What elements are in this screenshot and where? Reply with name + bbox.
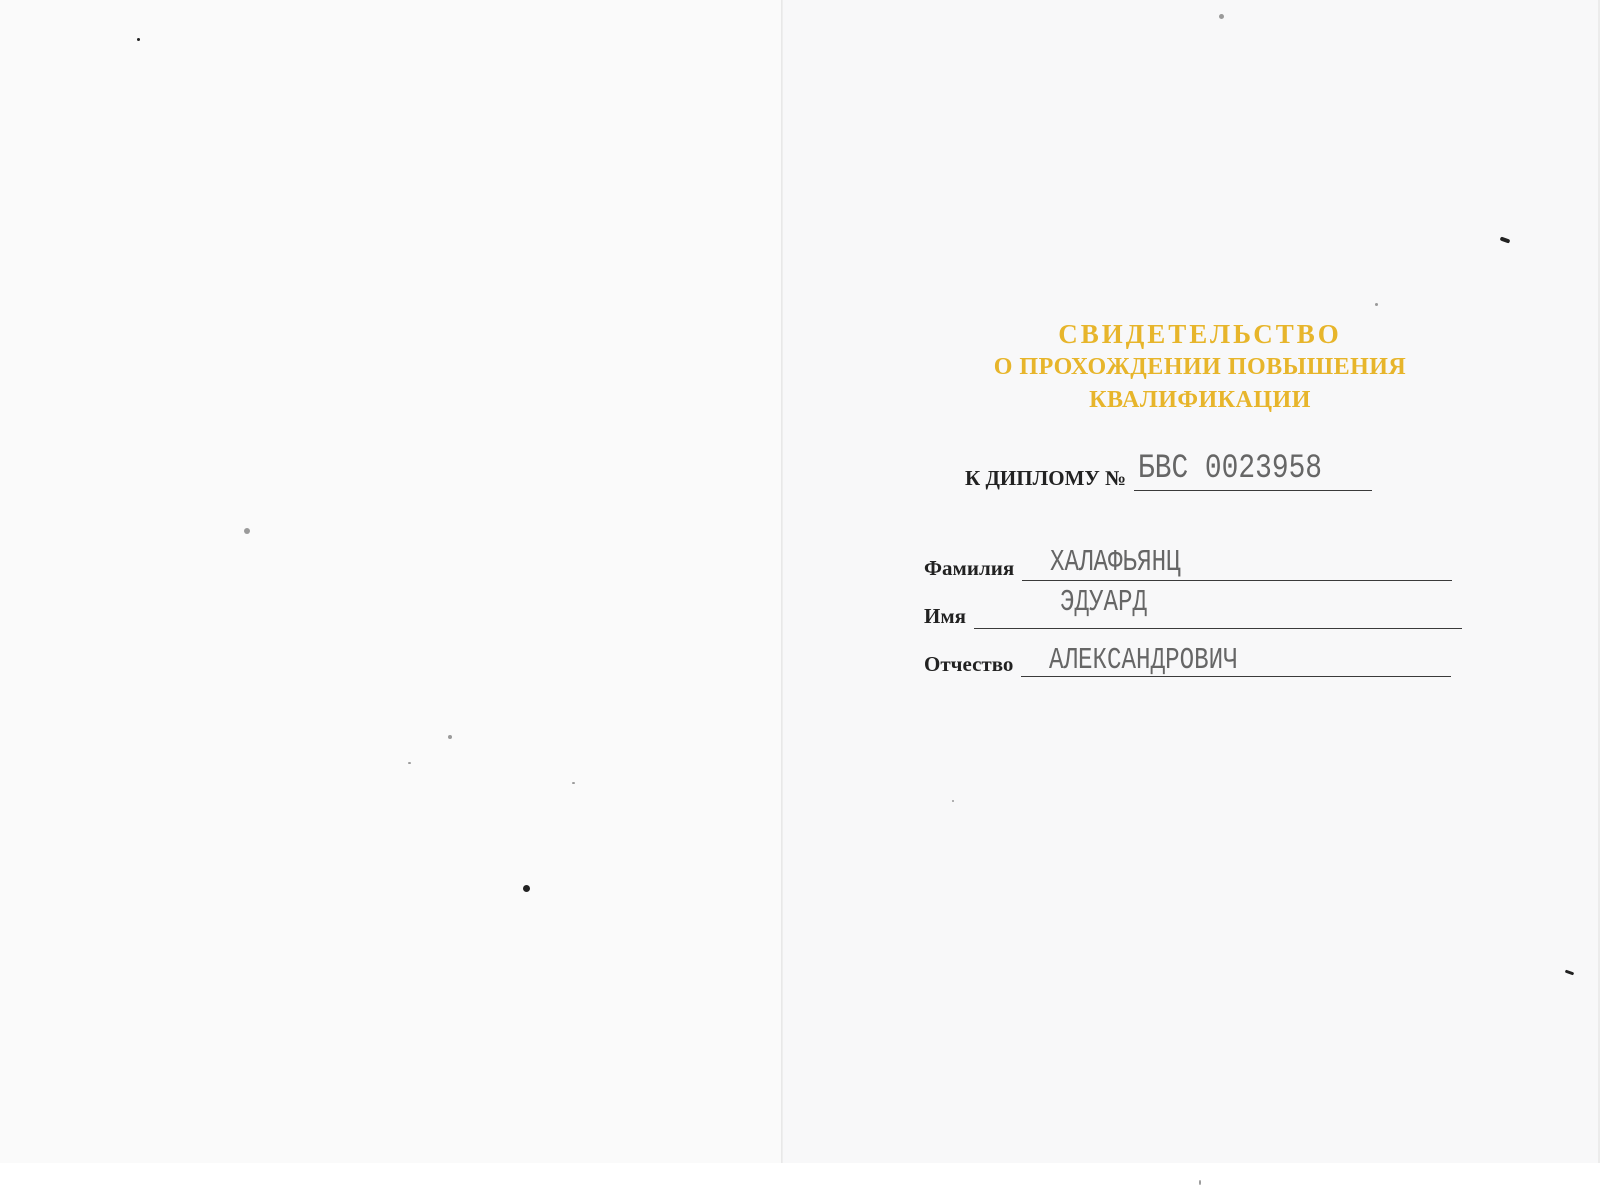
scan-speck [244, 528, 250, 534]
surname-field: ХАЛАФЬЯНЦ [1022, 548, 1452, 581]
patronymic-row: Отчество АЛЕКСАНДРОВИЧ [924, 644, 1451, 677]
scan-speck [1199, 1180, 1201, 1185]
surname-row: Фамилия ХАЛАФЬЯНЦ [924, 548, 1452, 581]
name-field: ЭДУАРД [974, 596, 1462, 629]
scan-speck [952, 800, 954, 802]
title-line-2: О ПРОХОЖДЕНИИ ПОВЫШЕНИЯ [900, 351, 1500, 384]
diploma-number-label: К ДИПЛОМУ № [965, 466, 1126, 491]
patronymic-field: АЛЕКСАНДРОВИЧ [1021, 644, 1451, 677]
surname-value: ХАЛАФЬЯНЦ [1050, 545, 1181, 580]
title-line-1: СВИДЕТЕЛЬСТВО [900, 318, 1500, 351]
scan-speck [523, 885, 530, 892]
right-page [783, 0, 1600, 1163]
scan-speck [448, 735, 452, 739]
name-row: Имя ЭДУАРД [924, 596, 1462, 629]
scan-speck [408, 762, 411, 764]
scan-speck [137, 38, 140, 41]
page-right-edge [1598, 0, 1600, 1163]
scanned-document [0, 0, 1600, 1163]
diploma-number-row: К ДИПЛОМУ № БВС 0023958 [965, 452, 1372, 491]
patronymic-label: Отчество [924, 652, 1013, 677]
title-line-3: КВАЛИФИКАЦИИ [900, 384, 1500, 417]
scan-speck [1375, 303, 1378, 306]
diploma-number-field: БВС 0023958 [1134, 452, 1372, 491]
diploma-number-value: БВС 0023958 [1138, 450, 1322, 488]
page-fold-line [781, 0, 783, 1163]
surname-label: Фамилия [924, 556, 1014, 581]
name-label: Имя [924, 604, 966, 629]
scan-speck [572, 782, 575, 784]
patronymic-value: АЛЕКСАНДРОВИЧ [1049, 643, 1238, 678]
certificate-title: СВИДЕТЕЛЬСТВО О ПРОХОЖДЕНИИ ПОВЫШЕНИЯ КВ… [900, 318, 1500, 417]
left-page-blank [0, 0, 782, 1163]
scan-speck [1219, 14, 1224, 19]
name-value: ЭДУАРД [1060, 585, 1147, 620]
